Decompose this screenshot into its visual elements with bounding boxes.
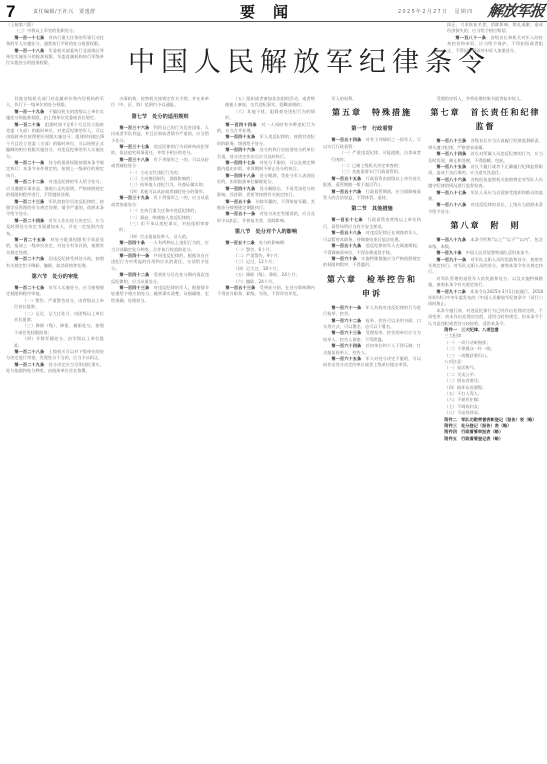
column-1: 其他各级机关部门对直属单位和内设机构的军人，执行下一级单位的处分权限。第一百一十… [6,96,104,764]
list-item: （四）开除军籍处分，由军级以上单位批准。 [6,336,104,349]
article-number: 第一百五十三条 [225,285,255,290]
page-number: 7 [6,2,15,22]
article-paragraph: 第一百二十三条 军队院校学员违反纪律的，按照学员管理的有关规定处理；情节严重的，… [6,199,104,218]
article-number: 第一百八十三条 [436,138,466,143]
article-paragraph: 第一百九十一条 对军队文职人员的奖励和处分，按照有关规定执行。对军队文职人员的处… [428,257,543,276]
article-paragraph: 第一百四十七条 对处分不服的，可以在规定期限内提出申诉，申诉期间不停止处分的执行… [217,160,315,173]
article-paragraph: 第一百二十九条 处分决定应当写明违纪事实、处分依据和处分种类，由批准单位首长签署… [6,362,104,375]
article-number: 第一百四十八条 [225,173,255,178]
section-heading: 第六节 处分的审批 [6,272,104,282]
list-item: （六）其他干扰、阻碍查处违纪行为的情形。 [217,109,315,122]
column-4: 军人的权利。第五章 特殊措施第一节 行政看管第一百五十四条 对有下列情形之一的军… [323,96,421,764]
issue-date: 2025年2月27日 星期四 [398,8,473,15]
article-number: 第一百五十二条 [225,240,254,245]
article-paragraph: 第一百四十六条 处分的执行由批准处分的单位负责，处分决定作出后应当及时执行。 [217,147,315,160]
article-number: 第一百五十八条 [331,230,361,235]
article-paragraph: 第一百八十五条 首长不履行或者不正确履行纪律监督职责，造成不良后果的，应当追究其… [428,164,543,177]
article-paragraph: 第一百八十六条 各级纪检监察机关依照规定对军队人员遵守纪律的情况进行监督检查。 [428,177,543,190]
column-5-top: 纠正，力求恢复名誉，消除影响，赔礼道歉；造成经济损失的，应当给予相应赔偿。第一百… [447,22,543,94]
paragraph: 纠正，力求恢复名誉，消除影响，赔礼道歉；造成经济损失的，应当给予相应赔偿。 [447,22,543,35]
list-item: （一）严重违反纪律，可能逃跑、自杀或者行凶的； [323,150,421,163]
editor-credit: 责任编辑/王社兴 贾逸舒 [33,8,96,15]
appendix-item: 附件五 行政看管登记表（略） [428,436,543,442]
article-paragraph: 第一百二十四条 对军人作出处分决定后，应当及时将处分决定书面通知本人，并在一定范… [6,218,104,237]
article-paragraph: 第一百九十二条 本条令自2025年3月1日起施行。2018年4月4日中央军委发布… [428,289,543,308]
article-number: 第一百四十四条 [225,122,256,127]
paragraph: 军人的权利。 [323,96,421,102]
article-number: 第一百三十九条 [119,195,149,200]
article-paragraph: 第一百五十八条 对违反纪律正在调查的军人，可以暂停其职务，待调查结束后依法处理。 [323,230,421,243]
article-number: 第一百九十二条 [436,289,465,294]
article-paragraph: 第一百五十三条 受到处分的，在处分影响期内不得晋升职务、职级、军衔，不得评功评奖… [217,285,315,298]
article-number: 第一百五十七条 [331,217,362,222]
article-paragraph: 第一百六十四条 任何单位和个人不得压制、打击报复检举人、控告人。 [323,343,421,356]
column-1-top: （上接第六版）（三）中将以上军官的免职处分。第一百一十七条 对执行重大任务的军事… [6,22,104,94]
article-paragraph: 第一百六十一条 军人有权对违反纪律的行为进行检举、控告。 [323,305,421,318]
article-number: 第一百六十三条 [331,330,361,335]
article-paragraph: 第一百六十五条 军人对处分决定不服的，可以向作出处分决定的单位或者上级单位提出申… [323,356,421,369]
article-paragraph: 第一百三十八条 有下列情形之一的，可以从轻或者减轻处分： [111,157,209,170]
article-paragraph: 第一百六十二条 检举、控告可以采用书面、口头等方式，可以署名，也可以不署名。 [323,318,421,331]
list-item: （三）降职（级）、降衔、撤职处分，按照干部任免权限批准； [6,323,104,336]
article-text: 处分的影响期： [255,240,289,245]
article-number: 第一百六十二条 [331,318,361,323]
paragraph: 办事机构，检察机关按规定有关手续，并在本单位（中、区、海）范围内予以通报。 [111,96,209,109]
article-paragraph: 第一百五十四条 对有下列情形之一的军人，可以实行行政看管： [323,137,421,150]
article-paragraph: 第一百一十八条 军委机关部委执行北部战区等单位实施处分的批准权限，军委直属机构执… [6,48,104,67]
article-number: 第一百四十二条 [119,272,149,277]
article-paragraph: 第一百三十七条 违反纪律的行为同时构成犯罪的，依法追究刑事责任，并给予相应的处分… [111,144,209,157]
article-number: 第一百二十一条 [14,160,44,165]
section-title: 要闻 [240,1,306,22]
article-text: 组建时间不足6个月且设立临时党委（支部）的临时单位，对违反纪律的军人，可以由临时… [6,122,104,159]
article-number: 第一百六十条 [331,256,357,261]
article-paragraph: 第一百五十条 开除军籍的，不得恢复军籍，其他处分按照规定期限执行。 [217,199,315,212]
chapter-heading: 第六章 检举控告和申诉 [323,273,421,301]
column-3: （五）组织或者参加非法组织活动，或者唆使他人参加，交代违纪事实，隐瞒真相的；（六… [217,96,315,764]
list-item: （三）拒不承认违纪事实、对抗组织审查的； [111,221,209,234]
article-paragraph: 第一百四十一条 共同违反纪律的，根据各自在违纪行为中所起的作用和应负的责任，分别… [111,253,209,272]
article-number: 第一百八十四条 [436,151,466,156]
list-item: （一）警告、严重警告处分，由营级以上单位首长批准； [6,298,104,311]
article-number: 第一百八十六条 [436,177,466,182]
article-number: 第一百一十七条 [14,35,44,40]
article-number: 第一百四十九条 [225,186,255,191]
article-number: 第一百八十八条 [436,202,466,207]
article-number: 第一百四十七条 [225,160,255,165]
article-number: 第一百三十八条 [119,157,149,162]
column-2: 办事机构，检察机关按规定有关手续，并在本单位（中、区、海）范围内予以通报。第七节… [111,96,209,764]
paragraph: 本条令施行前，对违反纪律行为已经作出处理决定的，不再变更；尚未作出处理决定的，适… [428,308,543,327]
article-paragraph: 第一百六十条 实施特殊措施应当严格依照规定的权限和程序，不得滥用。 [323,256,421,269]
paragraph: 其他各级机关部门对直属单位和内设机构的军人，执行下一级单位的处分权限。 [6,96,104,109]
article-number: 第一百九十条 [436,250,461,255]
section-heading: 第七节 处分的适用规则 [111,112,209,122]
article-number: 第一百五十五条 [331,176,361,181]
article-paragraph: 第一百五十七条 行政看管由营级以上单位执行，看管场所应当符合安全要求。 [323,217,421,230]
article-paragraph: 第一百六十三条 受理检举、控告的单位应当为检举人、控告人保密，不得泄露。 [323,330,421,343]
article-number: 第一百二十九条 [14,362,44,367]
article-paragraph: 第一百八十四条 首长对所属人员违反纪律的行为，应当及时发现、制止和处理，不得隐瞒… [428,151,543,164]
article-paragraph: 第一百八十九条 本条令所称“以上”“以下”“以内”，包含本级、本数。 [428,237,543,250]
article-number: 第一百一十九条 [14,109,44,114]
article-paragraph: 第一百五十一条 对处分决定有错误的，应当及时予以纠正，并恢复名誉，消除影响。 [217,211,315,224]
article-paragraph: 第一百三十九条 有下列情形之一的，应当从重或者加重处分： [111,195,209,208]
article-paragraph: 第一百二十六条 因违反纪律受到处分的，按照有关规定给予降职、撤职、取消资格等处理… [6,256,104,269]
article-number: 第一百四十六条 [225,147,255,152]
article-paragraph: 第一百四十二条 受到处分后在处分期内再次违反纪律的，应当从重处分。 [111,272,209,285]
headline: 中国人民解放军纪律条令 [128,40,418,79]
article-number: 第一百四十五条 [225,134,255,139]
article-number: 第一百三十六条 [119,125,149,130]
article-paragraph: 第一百四十五条 军人违反纪律的，按照其违纪时的职务、级别给予处分。 [217,134,315,147]
article-number: 第一百四十条 [119,240,145,245]
section-heading: 第二节 其他措施 [323,204,421,214]
article-number: 第一百八十七条 [436,190,466,195]
article-paragraph: 第一百一十九条 不编设机关的团级以上单位实施处分的批准权限，由上级单位党委或首长… [6,109,104,122]
article-paragraph: 第一百八十三条 各级首长应当认真履行纪律监督职责，带头遵守纪律，严格要求部属。 [428,138,543,151]
article-paragraph: 第一百八十七条 军队人员应当自觉接受组织和群众的监督。 [428,190,543,203]
article-paragraph: 第一百二十条 组建时间不足6个月且设立临时党委（支部）的临时单位，对违反纪律的军… [6,122,104,160]
article-number: 第一百八十九条 [436,237,466,242]
article-paragraph: 第一百二十二条 对违反纪律的军人给予处分，应当遵循实事求是、客观公正的原则，严格… [6,179,104,198]
list-item: （二）记过、记大过处分，由团级以上单位首长批准； [6,311,104,324]
section-heading: 第一节 行政看管 [323,124,421,134]
article-number: 第一百二十三条 [14,199,44,204]
article-number: 第一百二十八条 [14,349,44,354]
article-number: 第一百二十六条 [14,256,44,261]
article-paragraph: 第一百一十七条 对执行重大任务的军事行动任务的军人实施处分，通常执行平时的处分批… [6,35,104,48]
article-number: 第一百五十九条 [331,243,361,248]
article-paragraph: 第一百二十一条 处分的批准权限按照本条令规定执行；本条令未作规定的，按照上一级单… [6,160,104,179]
article-number: 第一百二十二条 [14,179,44,184]
article-paragraph: 第一百五十九条 违反纪律的军人在调查期间，不得调离原单位，不得办理退役手续。 [323,243,421,256]
chapter-heading: 第五章 特殊措施 [323,106,421,120]
article-number: 第一百六十五条 [331,356,361,361]
article-number: 第一百五十四条 [331,137,361,142]
article-text: 中国人民武装警察部队适用本条令。 [462,250,533,255]
article-number: 第一百四十三条 [119,285,149,290]
article-number: 第一百六十一条 [331,305,361,310]
article-number: 第一百六十四条 [331,343,361,348]
article-number: 第一百一十八条 [14,48,44,53]
article-paragraph: 第一百四十条 一人有两种以上违纪行为的，应当分别确定处分种类，合并执行较重的处分… [111,240,209,253]
masthead: 7 责任编辑/王社兴 贾逸舒 要闻 2025年2月27日 星期四 解放军报 [0,0,547,22]
article-number: 第一百二十五条 [14,237,45,242]
article-number: 第一百五十六条 [331,189,361,194]
chapter-heading: 第七章 首长责任和纪律监督 [428,106,543,134]
chapter-heading: 第八章 附 则 [428,219,543,233]
article-number: 第一百三十七条 [119,144,149,149]
article-number: 第一百八十一条 [455,35,486,40]
article-paragraph: 第一百八十一条 各级首长和机关对军人的检举控告和申诉，应当给予保护，不得扣留或者… [447,35,543,54]
paragraph: 对军队管理的退役军人的奖励和处分，以及实施特殊措施，参照本条令有关规定执行。 [428,276,543,289]
article-paragraph: 第一百五十五条 行政看管由团级以上单位首长批准，看管期限一般不超过7日。 [323,176,421,189]
article-number: 第一百二十四条 [14,218,44,223]
article-number: 第一百八十五条 [436,164,466,169]
article-paragraph: 第一百四十八条 处分期满，受处分军人表现良好的，由原批准单位解除处分。 [217,173,315,186]
article-number: 第一百五十一条 [225,211,255,216]
article-paragraph: 第一百四十九条 处分解除后，不再受该处分的影响，其晋职、晋衔等按照有关规定执行。 [217,186,315,199]
article-number: 第一百五十条 [225,199,251,204]
article-number: 第一百九十一条 [436,257,466,262]
article-paragraph: 第一百四十四条 对一人同时有多种违纪行为的，应当合并处理。 [217,122,315,135]
column-5: 受理的申诉人，并将处理结果书面答复申诉人。第七章 首长责任和纪律监督第一百八十三… [428,96,543,764]
paragraph: 受理的申诉人，并将处理结果书面答复申诉人。 [428,96,543,102]
article-paragraph: 第一百二十五条 对处分批准权限有不同意见的，报请上一级单位决定。对处分有争议的，… [6,237,104,256]
article-number: 第一百四十一条 [119,253,149,258]
section-heading: 第八节 处分对个人的影响 [217,227,315,237]
article-paragraph: 第一百二十七条 对军人实施处分，应当按照规定权限和程序审批。 [6,285,104,298]
article-number: 第一百二十条 [14,122,40,127]
article-paragraph: 第一百五十六条 行政看管期间，应当保障被看管人的合法权益，不得体罚、虐待。 [323,189,421,202]
article-number: 第一百二十七条 [14,285,44,290]
article-paragraph: 第一百八十八条 对违反纪律的首长，上级应当依照本条令给予处分。 [428,202,543,215]
article-paragraph: 第一百二十八条 上级机关可以对下级单位的处分决定进行审查，发现处分不当的，应当予… [6,349,104,362]
list-item: （五）组织或者参加非法组织活动，或者唆使他人参加，交代违纪事实，隐瞒真相的； [217,96,315,109]
article-paragraph: 第一百四十三条 对违反纪律的军人，根据情节轻重给予相应的处分，做到事实清楚、证据… [111,285,209,304]
article-paragraph: 第一百三十六条 利用自己的行为危害国家、人民或者军队利益，并且后果或者情节严重的… [111,125,209,144]
newspaper-logo: 解放军报 [487,0,546,21]
